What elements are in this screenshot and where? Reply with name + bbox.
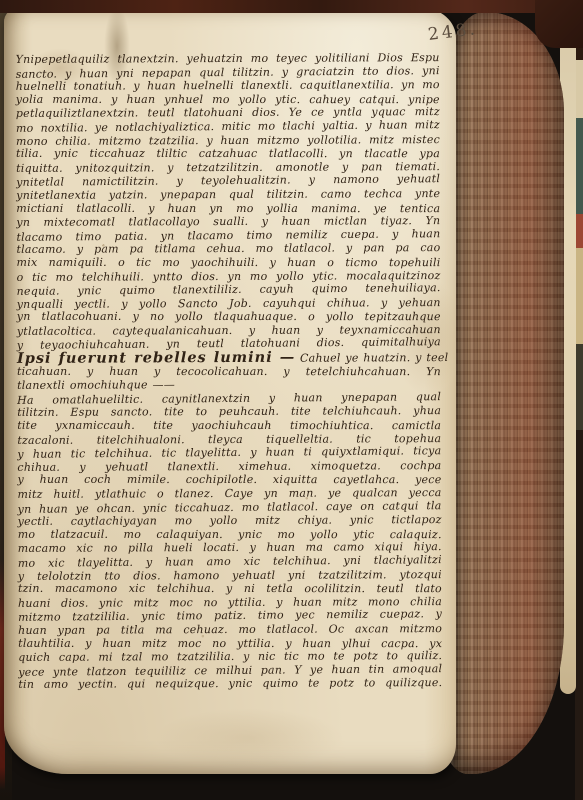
text-line: tilia. ynic ticcahuaz tliltic catzahuac … bbox=[16, 147, 440, 161]
text-line: mix namiquili. o tic mo yaochihuili. y h… bbox=[17, 256, 441, 270]
text-line-continuation: Cahuel ye huatzin. y teel bbox=[295, 351, 448, 365]
fore-edge-page-lines bbox=[438, 12, 564, 774]
stain bbox=[154, 708, 344, 768]
text-line: yolia manima. y huan ynhuel mo yollo yti… bbox=[16, 93, 440, 107]
text-line: Ipsi fuerunt rebelles lumini — Cahuel ye… bbox=[17, 350, 441, 365]
marbled-edge-strip bbox=[575, 0, 583, 800]
text-line: tzin. macamono xic telchihua. y ni tetla… bbox=[18, 582, 442, 596]
book-cover-top-edge bbox=[0, 0, 583, 13]
text-line: tlauhtilia. y huan mitz moc no yttilia. … bbox=[18, 636, 442, 650]
marble-segment bbox=[575, 248, 583, 344]
marble-segment bbox=[575, 214, 583, 248]
book-cover-corner bbox=[535, 0, 583, 48]
text-line: tite yxnamiccauh. tite yaochiuhcauh timo… bbox=[17, 419, 441, 433]
text-line: mono chilia. mitzmo tzatzilia. y huan mi… bbox=[16, 133, 440, 148]
text-line: mo tlatzacuil. mo calaquiyan. ynic mo yo… bbox=[18, 528, 442, 542]
handwritten-text: Ynipepetlaquiliz tlanextzin. yehuatzin m… bbox=[16, 51, 443, 692]
text-line: y huan coch mimile. cochipilotle. xiquit… bbox=[17, 473, 441, 487]
text-line: y telolotzin tto dios. hamono yehuatl yn… bbox=[18, 568, 442, 583]
text-line: huan ypan pa titla ma cehuaz. mo tlatlac… bbox=[18, 622, 442, 637]
text-line: ynitetlanextia yatzin. ynepapan qual til… bbox=[16, 187, 440, 202]
marble-segment bbox=[575, 60, 583, 118]
text-line: mictiani tlatlacolli. y huan yn mo yolli… bbox=[16, 201, 440, 215]
marble-segment bbox=[575, 430, 583, 800]
marble-segment bbox=[575, 344, 583, 430]
book-fore-edge bbox=[438, 12, 564, 774]
manuscript-page: 248. Ynipepetlaquiliz tlanextzin. yehuat… bbox=[4, 8, 456, 774]
manuscript-photo: 248. Ynipepetlaquiliz tlanextzin. yehuat… bbox=[0, 0, 583, 800]
text-line: ticahuan. y huan y tecocolicahuan. y tet… bbox=[17, 364, 441, 378]
text-line: yn tlatlacohuani. y no yollo tlaquahuaqu… bbox=[17, 310, 441, 324]
marble-segment bbox=[575, 118, 583, 214]
